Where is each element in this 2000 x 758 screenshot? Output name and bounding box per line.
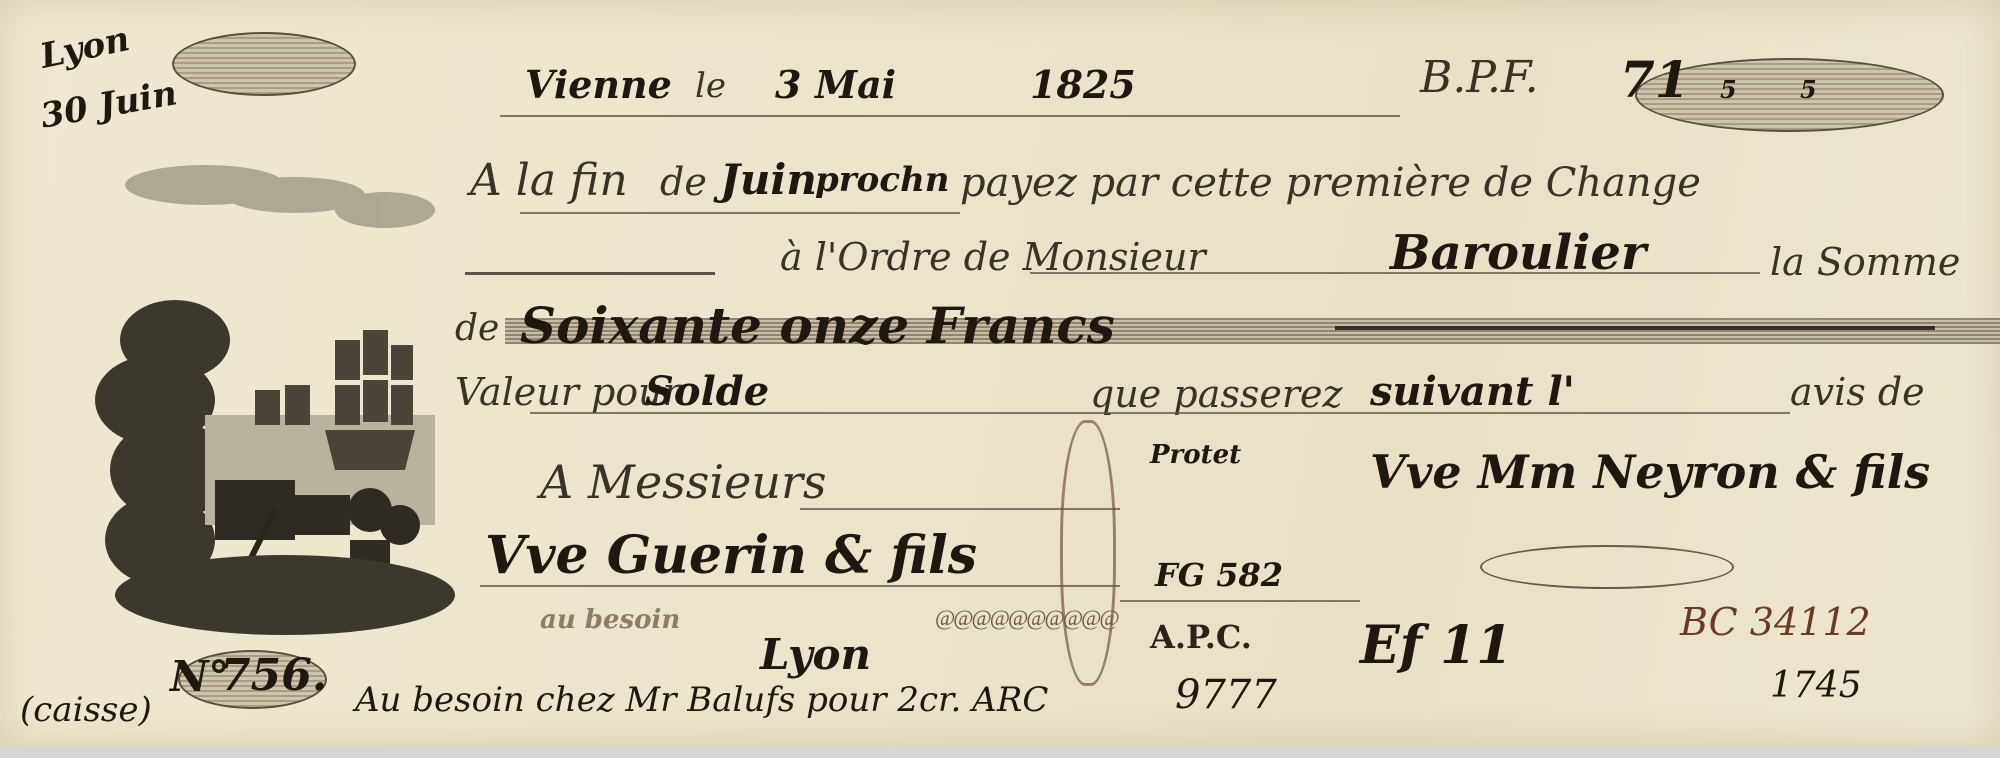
signature-flourish [1480, 545, 1734, 589]
place: Vienne [525, 62, 672, 107]
day: 3 [775, 62, 801, 107]
caisse-note: (caisse) [20, 690, 152, 730]
drawee-name: Vve Guerin & fils [485, 525, 977, 586]
note-fg: FG 582 [1155, 556, 1283, 594]
a-messieurs: A Messieurs [540, 455, 827, 509]
amount-extra-2: 5 [1800, 75, 1817, 104]
year: 1825 [1030, 62, 1136, 107]
note-date: 30 Juin [38, 73, 180, 136]
due-abbr: prochn [815, 160, 950, 200]
amount-extra-1: 5 [1720, 75, 1737, 104]
rule-fg [1120, 600, 1360, 602]
value-type: Solde [645, 368, 769, 415]
amount-in-words: Soixante onze Francs [520, 296, 1115, 355]
signature: Vve Mm Neyron & fils [1370, 445, 1930, 499]
background-edge [0, 746, 2000, 758]
note-bc: BC 34112 [1680, 600, 1871, 644]
month: Mai [815, 62, 896, 107]
crossed-out-text: @@@@@@@@@@ [935, 605, 1118, 631]
bill-of-exchange: Lyon 30 Juin Vienne le 3 Mai 1825 B.P.F.… [0, 0, 2000, 746]
ship-harbor-vignette-icon [95, 150, 455, 640]
rule-line2 [1030, 272, 1760, 274]
note-lyon: Lyon [37, 19, 133, 77]
protet-note: Protet [1150, 440, 1241, 470]
a-la-fin: A la fin [470, 155, 628, 206]
suivant: suivant l' [1370, 368, 1575, 415]
bottom-besoin-line: Au besoin chez Mr Balufs pour 2cr. ARC [355, 680, 1048, 720]
amount-words-strike [1335, 326, 1935, 330]
de-label-2: de [455, 308, 499, 349]
number-value: 756. [220, 650, 327, 701]
rule-drawee [480, 585, 1120, 587]
amount-figure: 71 [1620, 50, 1690, 109]
ink-loop-mark [1060, 420, 1116, 686]
drawee-city: Lyon [760, 630, 871, 679]
le-label: le [695, 66, 726, 106]
note-9777: 9777 [1175, 672, 1277, 718]
blank-oval-top [172, 32, 356, 96]
payez-text: payez par cette première de Change [960, 160, 1701, 206]
due-month: Juin [720, 155, 817, 204]
de-label-1: de [660, 160, 707, 204]
note-au-besoin: au besoin [540, 605, 680, 635]
note-apc: A.P.C. [1150, 618, 1252, 656]
que-passerez: que passerez [1090, 372, 1343, 416]
rule-header [500, 115, 1400, 117]
avis-de: avis de [1790, 370, 1925, 414]
rule-line1 [520, 212, 960, 214]
bpf-label: B.P.F. [1420, 52, 1539, 103]
rule-line4 [530, 412, 1790, 414]
rule-line2-left [465, 272, 715, 275]
note-ef: Ef 11 [1360, 615, 1512, 676]
la-somme: la Somme [1770, 240, 1960, 284]
note-1745: 1745 [1770, 665, 1862, 706]
